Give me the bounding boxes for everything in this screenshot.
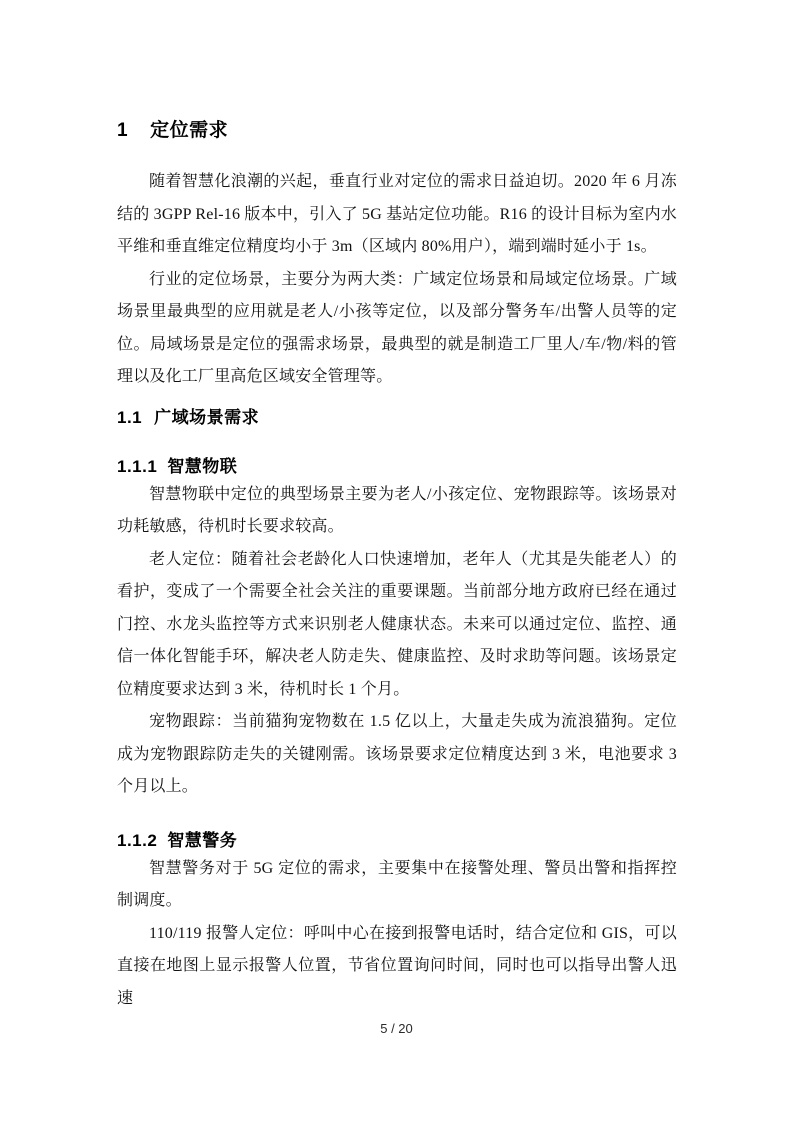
paragraph-pet-tracking: 宠物跟踪：当前猫狗宠物数在 1.5 亿以上，大量走失成为流浪猫狗。定位成为宠物跟…: [117, 706, 677, 804]
paragraph-intro-2: 行业的定位场景，主要分为两大类：广域定位场景和局域定位场景。广域场景里最典型的应…: [117, 264, 677, 394]
paragraph-intro-1: 随着智慧化浪潮的兴起，垂直行业对定位的需求日益迫切。2020 年 6 月冻结的 …: [117, 166, 677, 264]
heading-level3-1-1-1: 1.1.1智慧物联: [117, 455, 677, 479]
heading-text: 智慧物联: [167, 457, 237, 476]
heading-level3-1-1-2: 1.1.2智慧警务: [117, 829, 677, 853]
document-page: 1定位需求 随着智慧化浪潮的兴起，垂直行业对定位的需求日益迫切。2020 年 6…: [0, 0, 793, 1122]
paragraph-iot-overview: 智慧物联中定位的典型场景主要为老人/小孩定位、宠物跟踪等。该场景对功耗敏感，待机…: [117, 479, 677, 544]
heading-number: 1.1: [117, 408, 142, 427]
heading-text: 广域场景需求: [154, 408, 259, 427]
paragraph-elderly-positioning: 老人定位：随着社会老龄化人口快速增加，老年人（尤其是失能老人）的看护，变成了一个…: [117, 544, 677, 707]
heading-level1: 1定位需求: [117, 118, 677, 144]
heading-text: 智慧警务: [167, 831, 237, 850]
heading-text: 定位需求: [150, 120, 228, 141]
heading-number: 1.1.1: [117, 457, 157, 476]
footer-page-number: 5 / 20: [0, 1021, 793, 1036]
document-content: 1定位需求 随着智慧化浪潮的兴起，垂直行业对定位的需求日益迫切。2020 年 6…: [117, 118, 677, 1015]
heading-level2-1-1: 1.1广域场景需求: [117, 406, 677, 430]
paragraph-police-overview: 智慧警务对于 5G 定位的需求，主要集中在接警处理、警员出警和指挥控制调度。: [117, 853, 677, 918]
paragraph-caller-positioning: 110/119 报警人定位：呼叫中心在接到报警电话时，结合定位和 GIS，可以直…: [117, 918, 677, 1016]
heading-number: 1: [117, 120, 128, 141]
heading-number: 1.1.2: [117, 831, 157, 850]
